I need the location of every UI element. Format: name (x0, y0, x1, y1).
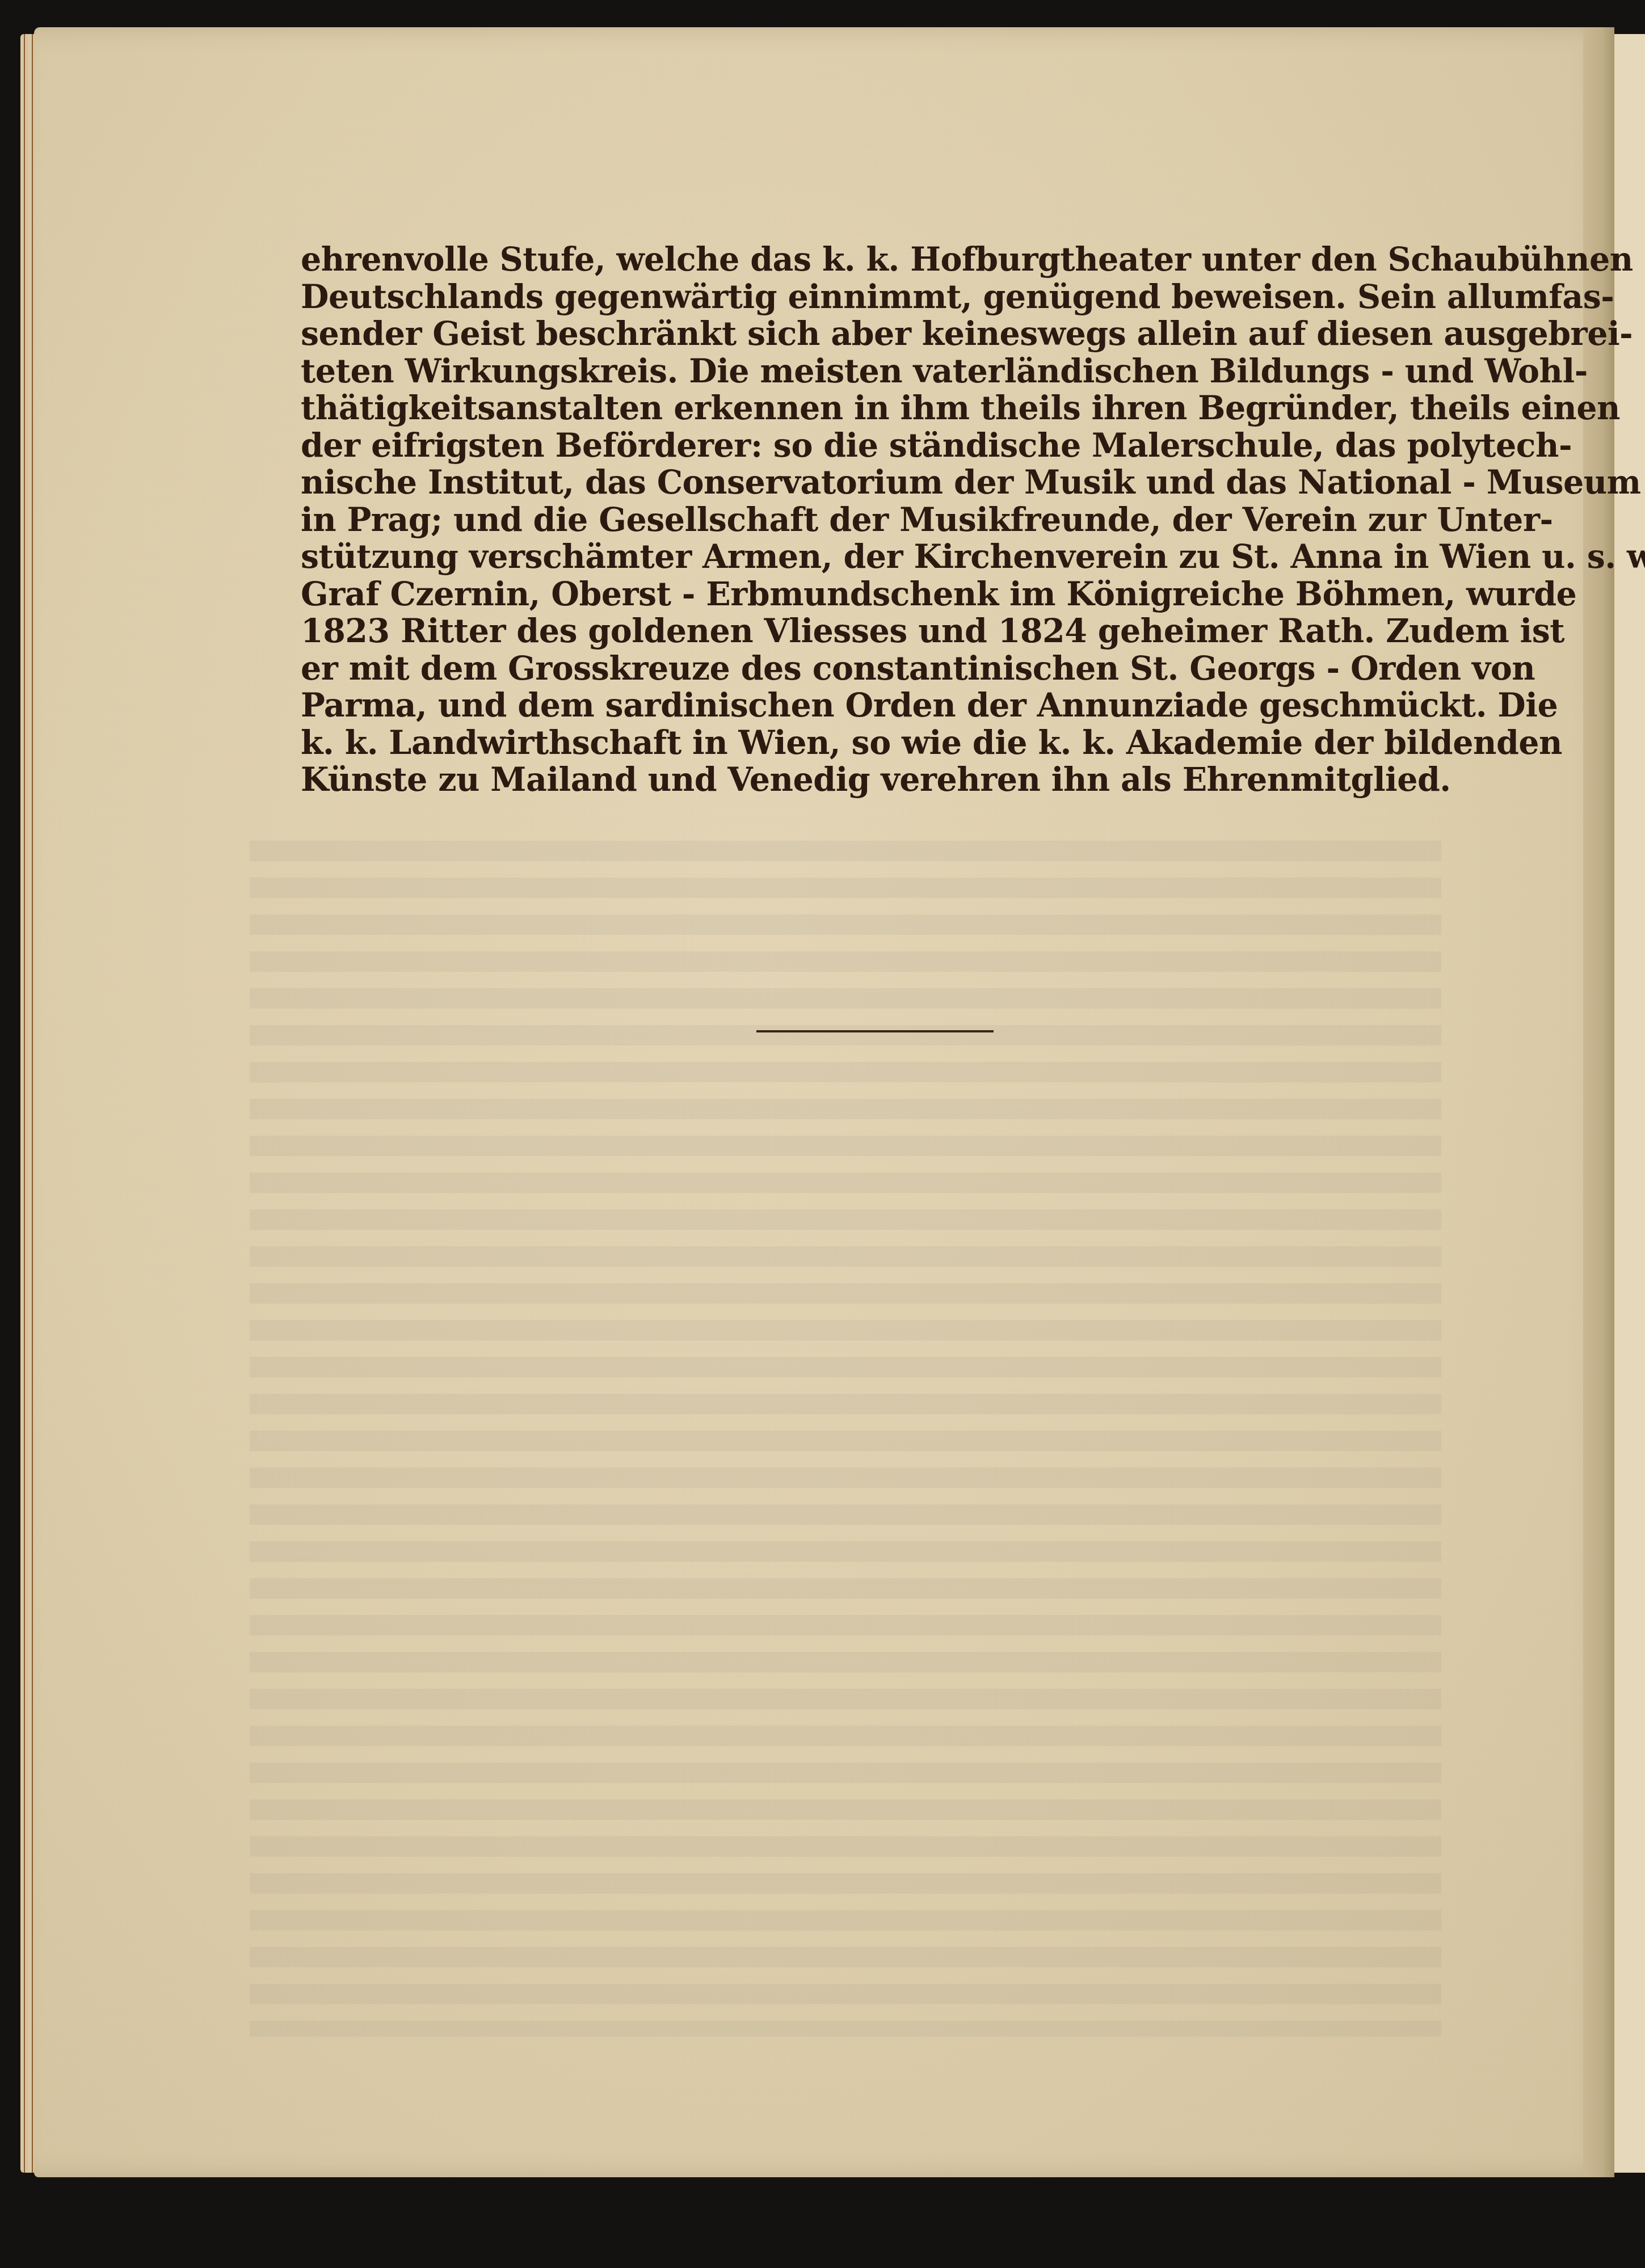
text-line: er mit dem Grosskreuze des constantinisc… (301, 650, 1441, 688)
body-text: ehrenvolle Stufe, welche das k. k. Hofbu… (301, 241, 1441, 799)
text-line: stützung verschämter Armen, der Kirchenv… (301, 538, 1441, 576)
text-line: Künste zu Mailand und Venedig verehren i… (301, 761, 1441, 799)
text-line: Parma, und dem sardinischen Orden der An… (301, 687, 1441, 724)
show-through-text (250, 828, 1441, 2037)
text-line: der eifrigsten Beförderer: so die ständi… (301, 427, 1441, 465)
text-line: nische Institut, das Conservatorium der … (301, 464, 1441, 501)
adjacent-page-edge (1614, 34, 1645, 2173)
text-line: sender Geist beschränkt sich aber keines… (301, 315, 1441, 353)
text-line: thätigkeitsanstalten erkennen in ihm the… (301, 390, 1441, 427)
text-line: k. k. Landwirthschaft in Wien, so wie di… (301, 724, 1441, 762)
text-line: ehrenvolle Stufe, welche das k. k. Hofbu… (301, 241, 1441, 279)
text-line: 1823 Ritter des goldenen Vliesses und 18… (301, 613, 1441, 650)
text-line: teten Wirkungskreis. Die meisten vaterlä… (301, 353, 1441, 390)
text-line: in Prag; und die Gesellschaft der Musikf… (301, 501, 1441, 539)
text-line: Deutschlands gegenwärtig einnimmt, genüg… (301, 279, 1441, 316)
section-divider-rule (756, 1030, 994, 1032)
text-line: Graf Czernin, Oberst - Erbmundschenk im … (301, 576, 1441, 613)
